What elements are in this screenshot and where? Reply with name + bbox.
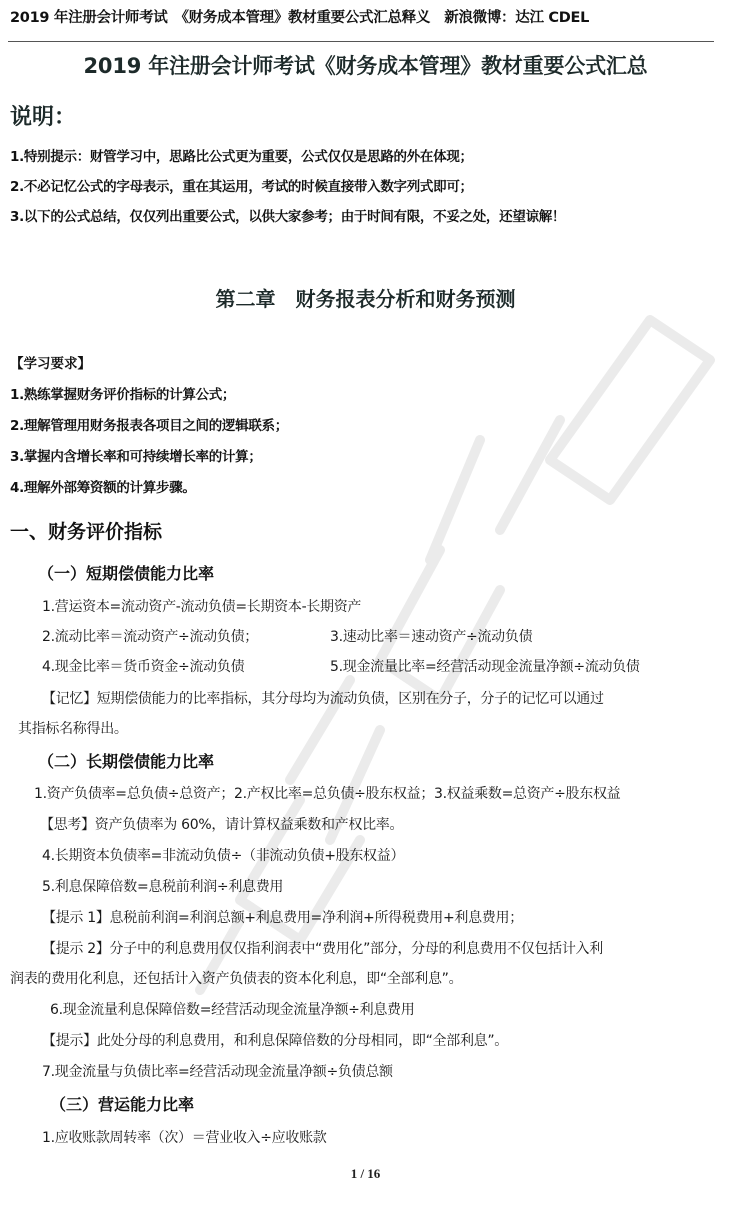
formula-line: 3.速动比率＝速动资产÷流动负债 bbox=[330, 626, 532, 646]
tip-note: 【提示 2】分子中的利息费用仅仅指利润表中“费用化”部分，分母的利息费用不仅包括… bbox=[42, 938, 603, 958]
document-title: 2019 年注册会计师考试《财务成本管理》教材重要公式汇总 bbox=[0, 50, 731, 80]
requirement-item: 3.掌握内含增长率和可持续增长率的计算； bbox=[10, 445, 262, 465]
section-title: 一、财务评价指标 bbox=[10, 517, 162, 544]
tip-note: 【提示】此处分母的利息费用，和利息保障倍数的分母相同，即“全部利息”。 bbox=[42, 1030, 508, 1050]
intro-note: 1.特别提示：财管学习中，思路比公式更为重要，公式仅仅是思路的外在体现； bbox=[10, 145, 473, 165]
tip-note: 润表的费用化利息，还包括计入资产负债表的资本化利息，即“全部利息”。 bbox=[10, 968, 462, 988]
header-divider bbox=[8, 41, 714, 42]
requirement-item: 1.熟练掌握财务评价指标的计算公式； bbox=[10, 383, 235, 403]
think-note: 【思考】资产负债率为 60%，请计算权益乘数和产权比率。 bbox=[40, 814, 403, 834]
formula-line: 5.利息保障倍数=息税前利润÷利息费用 bbox=[42, 876, 283, 896]
formula-line: 4.长期资本负债率=非流动负债÷（非流动负债+股东权益） bbox=[42, 845, 404, 865]
tip-note: 【提示 1】息税前利润=利润总额+利息费用=净利润+所得税费用+利息费用； bbox=[42, 907, 523, 927]
formula-line: 2.流动比率＝流动资产÷流动负债； bbox=[42, 626, 258, 646]
formula-line: 5.现金流量比率=经营活动现金流量净额÷流动负债 bbox=[330, 656, 640, 676]
intro-note: 2.不必记忆公式的字母表示，重在其运用，考试的时候直接带入数字列式即可； bbox=[10, 175, 473, 195]
formula-line: 7.现金流量与负债比率=经营活动现金流量净额÷负债总额 bbox=[42, 1061, 393, 1081]
memo-note: 其指标名称得出。 bbox=[18, 718, 128, 738]
page-indicator: 1 / 16 bbox=[0, 1166, 731, 1182]
intro-note: 3.以下的公式总结，仅仅列出重要公式，以供大家参考；由于时间有限，不妥之处，还望… bbox=[10, 205, 565, 225]
intro-heading: 说明： bbox=[10, 100, 76, 131]
running-header: 2019 年注册会计师考试 《财务成本管理》教材重要公式汇总释义 新浪微博：达江… bbox=[10, 6, 589, 27]
formula-line: 4.现金比率＝货币资金÷流动负债 bbox=[42, 656, 244, 676]
memo-note: 【记忆】短期偿债能力的比率指标，其分母均为流动负债，区别在分子，分子的记忆可以通… bbox=[42, 688, 604, 708]
chapter-title: 第二章 财务报表分析和财务预测 bbox=[0, 283, 731, 312]
requirement-item: 2.理解管理用财务报表各项目之间的逻辑联系； bbox=[10, 414, 288, 434]
requirement-item: 4.理解外部筹资额的计算步骤。 bbox=[10, 476, 196, 496]
subsection-title: （二）长期偿债能力比率 bbox=[38, 749, 214, 772]
formula-line: 1.资产负债率=总负债÷总资产；2.产权比率=总负债÷股东权益；3.权益乘数=总… bbox=[34, 783, 620, 803]
formula-line: 6.现金流量利息保障倍数=经营活动现金流量净额÷利息费用 bbox=[50, 999, 414, 1019]
subsection-title: （一）短期偿债能力比率 bbox=[38, 561, 214, 584]
subsection-title: （三）营运能力比率 bbox=[50, 1092, 194, 1115]
formula-line: 1.营运资本=流动资产-流动负债=长期资本-长期资产 bbox=[42, 596, 361, 616]
requirements-heading: 【学习要求】 bbox=[10, 352, 91, 372]
formula-line: 1.应收账款周转率（次）＝营业收入÷应收账款 bbox=[42, 1127, 327, 1147]
